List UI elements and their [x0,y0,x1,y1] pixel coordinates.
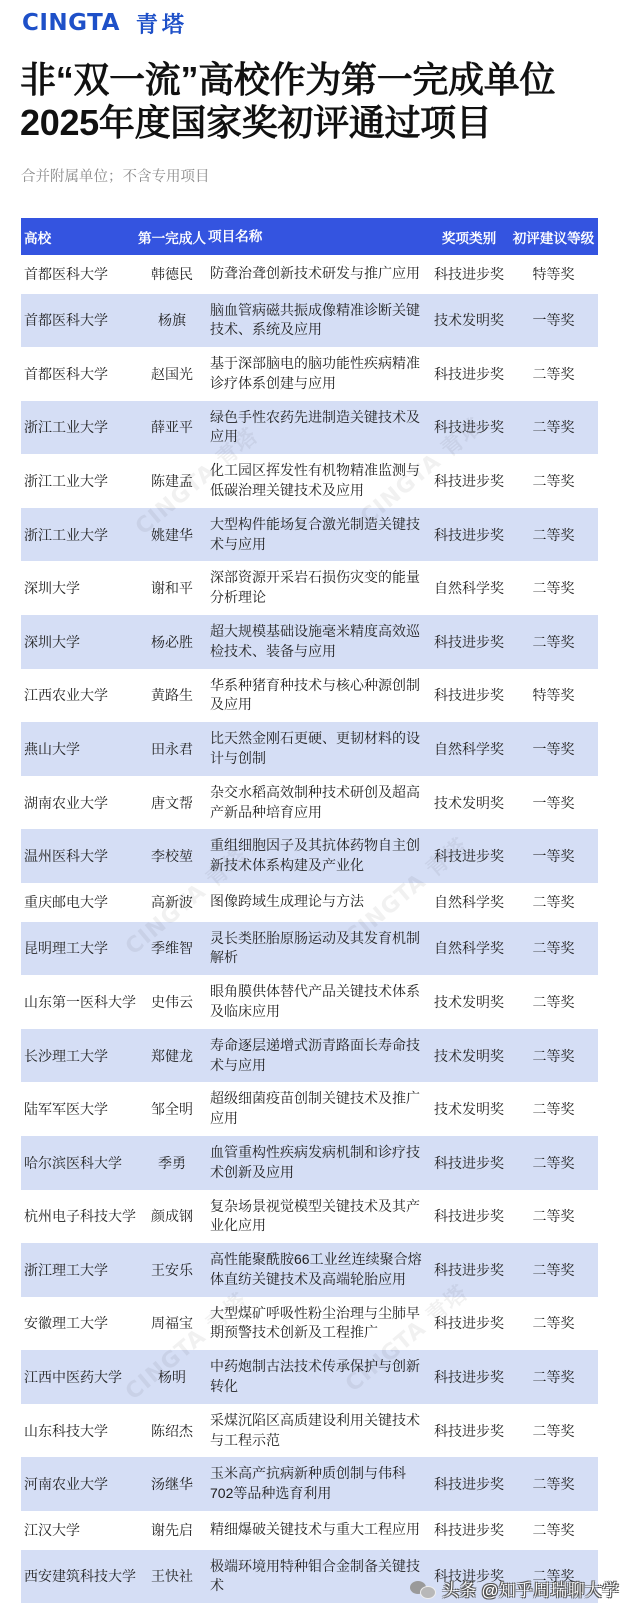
cell-award-type: 自然科学奖 [429,938,509,958]
cell-project: 超大规模基础设施毫米精度高效巡检技术、装备与应用 [207,615,429,669]
cell-level: 一等奖 [509,739,598,759]
cell-level: 二等奖 [509,1313,598,1333]
cell-leader: 陈建孟 [137,471,207,491]
cell-leader: 季勇 [137,1153,207,1173]
cell-level: 二等奖 [509,938,598,958]
cell-school: 安徽理工大学 [21,1313,137,1333]
cell-school: 首都医科大学 [21,364,137,384]
cell-level: 二等奖 [509,578,598,598]
cell-level: 一等奖 [509,310,598,330]
page-title: 非“双一流”高校作为第一完成单位 2025年度国家奖初评通过项目 [20,58,620,144]
cell-project: 复杂场景视觉模型关键技术及其产业化应用 [207,1190,429,1244]
cell-school: 浙江工业大学 [21,471,137,491]
cell-project: 图像跨域生成理论与方法 [207,885,429,919]
brand-cjk: 青塔 [136,8,188,39]
cell-project: 大型构件能场复合激光制造关键技术与应用 [207,508,429,562]
cell-project: 化工园区挥发性有机物精准监测与低碳治理关键技术及应用 [207,454,429,508]
table-row: 江汉大学 谢先启 精细爆破关键技术与重大工程应用 科技进步奖 二等奖 [21,1511,598,1550]
table-row: 河南农业大学 汤继华 玉米高产抗病新种质创制与伟科702等品种选育利用 科技进步… [21,1457,598,1511]
table-row: 浙江理工大学 王安乐 高性能聚酰胺66工业丝连续聚合熔体直纺关键技术及高端轮胎应… [21,1243,598,1297]
cell-leader: 谢和平 [137,578,207,598]
cell-school: 湖南农业大学 [21,793,137,813]
cell-project: 血管重构性疾病发病机制和诊疗技术创新及应用 [207,1136,429,1190]
cell-project: 重组细胞因子及其抗体药物自主创新技术体系构建及产业化 [207,829,429,883]
cell-level: 一等奖 [509,793,598,813]
table-row: 重庆邮电大学 高新波 图像跨域生成理论与方法 自然科学奖 二等奖 [21,883,598,922]
cell-award-type: 科技进步奖 [429,685,509,705]
cell-school: 山东科技大学 [21,1421,137,1441]
cell-level: 二等奖 [509,992,598,1012]
cell-award-type: 科技进步奖 [429,525,509,545]
cell-leader: 陈绍杰 [137,1421,207,1441]
cell-level: 二等奖 [509,525,598,545]
cell-leader: 姚建华 [137,525,207,545]
cell-level: 二等奖 [509,1367,598,1387]
cell-award-type: 科技进步奖 [429,1260,509,1280]
cell-level: 二等奖 [509,1206,598,1226]
title-line-1: 非“双一流”高校作为第一完成单位 [20,58,620,101]
cell-project: 防聋治聋创新技术研发与推广应用 [207,257,429,291]
table-row: 杭州电子科技大学 颜成钢 复杂场景视觉模型关键技术及其产业化应用 科技进步奖 二… [21,1190,598,1244]
cell-award-type: 科技进步奖 [429,846,509,866]
cell-school: 陆军军医大学 [21,1099,137,1119]
table-row: 首都医科大学 韩德民 防聋治聋创新技术研发与推广应用 科技进步奖 特等奖 [21,255,598,294]
cell-award-type: 技术发明奖 [429,310,509,330]
table-row: 山东科技大学 陈绍杰 采煤沉陷区高质建设利用关键技术与工程示范 科技进步奖 二等… [21,1404,598,1458]
cell-leader: 汤继华 [137,1474,207,1494]
cell-level: 二等奖 [509,364,598,384]
source-watermark: 头条 @知乎周瑞聊大学 [410,1576,619,1601]
cell-school: 哈尔滨医科大学 [21,1153,137,1173]
cell-award-type: 技术发明奖 [429,1099,509,1119]
cell-leader: 王快社 [137,1566,207,1586]
cell-level: 二等奖 [509,417,598,437]
cell-project: 绿色手性农药先进制造关键技术及应用 [207,401,429,455]
cell-level: 二等奖 [509,471,598,491]
table-row: 陆军军医大学 邹全明 超级细菌疫苗创制关键技术及推广应用 技术发明奖 二等奖 [21,1082,598,1136]
cell-leader: 杨明 [137,1367,207,1387]
cell-level: 二等奖 [509,1153,598,1173]
table-row: 首都医科大学 赵国光 基于深部脑电的脑功能性疾病精准诊疗体系创建与应用 科技进步… [21,347,598,401]
cell-leader: 颜成钢 [137,1206,207,1226]
cell-award-type: 科技进步奖 [429,471,509,491]
cell-leader: 黄路生 [137,685,207,705]
table-row: 江西农业大学 黄路生 华系种猪育种技术与核心种源创制及应用 科技进步奖 特等奖 [21,669,598,723]
header-award-type: 奖项类别 [429,227,509,247]
cell-leader: 王安乐 [137,1260,207,1280]
cell-project: 采煤沉陷区高质建设利用关键技术与工程示范 [207,1404,429,1458]
cell-school: 重庆邮电大学 [21,892,137,912]
brand-logo: CINGTA 青塔 [22,8,188,38]
awards-table: 高校 第一完成人 项目名称 奖项类别 初评建议等级 首都医科大学 韩德民 防聋治… [21,218,598,1603]
cell-school: 深圳大学 [21,578,137,598]
cell-project: 超级细菌疫苗创制关键技术及推广应用 [207,1082,429,1136]
cell-project: 华系种猪育种技术与核心种源创制及应用 [207,669,429,723]
cell-project: 眼角膜供体替代产品关键技术体系及临床应用 [207,975,429,1029]
cell-project: 基于深部脑电的脑功能性疾病精准诊疗体系创建与应用 [207,347,429,401]
cell-project: 高性能聚酰胺66工业丝连续聚合熔体直纺关键技术及高端轮胎应用 [207,1243,429,1297]
cell-award-type: 技术发明奖 [429,1046,509,1066]
cell-school: 江西中医药大学 [21,1367,137,1387]
cell-school: 浙江工业大学 [21,417,137,437]
cell-leader: 薛亚平 [137,417,207,437]
cell-award-type: 科技进步奖 [429,1153,509,1173]
cell-project: 精细爆破关键技术与重大工程应用 [207,1513,429,1547]
table-row: 首都医科大学 杨旗 脑血管病磁共振成像精准诊断关键技术、系统及应用 技术发明奖 … [21,294,598,348]
subtitle-note: 合并附属单位；不含专用项目 [21,166,210,188]
cell-leader: 唐文帮 [137,793,207,813]
cell-award-type: 科技进步奖 [429,364,509,384]
cell-award-type: 科技进步奖 [429,1421,509,1441]
cell-award-type: 科技进步奖 [429,632,509,652]
header-level: 初评建议等级 [509,227,598,247]
cell-leader: 郑健龙 [137,1046,207,1066]
table-row: 江西中医药大学 杨明 中药炮制古法技术传承保护与创新转化 科技进步奖 二等奖 [21,1350,598,1404]
cell-school: 杭州电子科技大学 [21,1206,137,1226]
cell-level: 特等奖 [509,264,598,284]
cell-leader: 杨旗 [137,310,207,330]
table-row: 燕山大学 田永君 比天然金刚石更硬、更韧材料的设计与创制 自然科学奖 一等奖 [21,722,598,776]
cell-leader: 赵国光 [137,364,207,384]
cell-school: 西安建筑科技大学 [21,1566,137,1586]
wechat-chat-icon [410,1579,436,1599]
table-row: 哈尔滨医科大学 季勇 血管重构性疾病发病机制和诊疗技术创新及应用 科技进步奖 二… [21,1136,598,1190]
cell-school: 长沙理工大学 [21,1046,137,1066]
cell-project: 玉米高产抗病新种质创制与伟科702等品种选育利用 [207,1457,429,1511]
cell-project: 大型煤矿呼吸性粉尘治理与尘肺早期预警技术创新及工程推广 [207,1297,429,1351]
cell-project: 脑血管病磁共振成像精准诊断关键技术、系统及应用 [207,294,429,348]
cell-leader: 高新波 [137,892,207,912]
cell-award-type: 科技进步奖 [429,1313,509,1333]
cell-project: 寿命逐层递增式沥青路面长寿命技术与应用 [207,1029,429,1083]
cell-leader: 周福宝 [137,1313,207,1333]
cell-award-type: 自然科学奖 [429,578,509,598]
cell-school: 燕山大学 [21,739,137,759]
cell-school: 首都医科大学 [21,264,137,284]
header-project: 项目名称 [207,227,429,247]
table-row: 安徽理工大学 周福宝 大型煤矿呼吸性粉尘治理与尘肺早期预警技术创新及工程推广 科… [21,1297,598,1351]
cell-project: 极端环境用特种钼合金制备关键技术 [207,1550,429,1604]
cell-award-type: 科技进步奖 [429,1474,509,1494]
cell-leader: 史伟云 [137,992,207,1012]
cell-award-type: 科技进步奖 [429,1520,509,1540]
table-row: 湖南农业大学 唐文帮 杂交水稻高效制种技术研创及超高产新品种培育应用 技术发明奖… [21,776,598,830]
table-row: 浙江工业大学 陈建孟 化工园区挥发性有机物精准监测与低碳治理关键技术及应用 科技… [21,454,598,508]
table-row: 深圳大学 杨必胜 超大规模基础设施毫米精度高效巡检技术、装备与应用 科技进步奖 … [21,615,598,669]
cell-school: 深圳大学 [21,632,137,652]
cell-school: 昆明理工大学 [21,938,137,958]
cell-award-type: 自然科学奖 [429,739,509,759]
cell-level: 二等奖 [509,1099,598,1119]
table-row: 浙江工业大学 姚建华 大型构件能场复合激光制造关键技术与应用 科技进步奖 二等奖 [21,508,598,562]
brand-latin: CINGTA [22,10,120,36]
cell-leader: 韩德民 [137,264,207,284]
cell-school: 浙江工业大学 [21,525,137,545]
cell-project: 杂交水稻高效制种技术研创及超高产新品种培育应用 [207,776,429,830]
cell-school: 首都医科大学 [21,310,137,330]
cell-leader: 杨必胜 [137,632,207,652]
cell-project: 中药炮制古法技术传承保护与创新转化 [207,1350,429,1404]
cell-project: 深部资源开采岩石损伤灾变的能量分析理论 [207,561,429,615]
cell-level: 特等奖 [509,685,598,705]
cell-award-type: 科技进步奖 [429,417,509,437]
table-row: 浙江工业大学 薛亚平 绿色手性农药先进制造关键技术及应用 科技进步奖 二等奖 [21,401,598,455]
cell-school: 河南农业大学 [21,1474,137,1494]
cell-leader: 田永君 [137,739,207,759]
cell-leader: 季维智 [137,938,207,958]
cell-level: 二等奖 [509,632,598,652]
header-leader: 第一完成人 [137,227,207,247]
cell-school: 浙江理工大学 [21,1260,137,1280]
cell-school: 温州医科大学 [21,846,137,866]
table-row: 温州医科大学 李校堃 重组细胞因子及其抗体药物自主创新技术体系构建及产业化 科技… [21,829,598,883]
cell-level: 二等奖 [509,1046,598,1066]
cell-school: 山东第一医科大学 [21,992,137,1012]
source-watermark-text: 头条 @知乎周瑞聊大学 [442,1576,619,1601]
cell-award-type: 科技进步奖 [429,1206,509,1226]
cell-level: 二等奖 [509,1260,598,1280]
cell-level: 二等奖 [509,1474,598,1494]
cell-award-type: 技术发明奖 [429,992,509,1012]
cell-award-type: 科技进步奖 [429,264,509,284]
table-row: 昆明理工大学 季维智 灵长类胚胎原肠运动及其发育机制解析 自然科学奖 二等奖 [21,922,598,976]
cell-leader: 邹全明 [137,1099,207,1119]
cell-level: 二等奖 [509,892,598,912]
table-row: 深圳大学 谢和平 深部资源开采岩石损伤灾变的能量分析理论 自然科学奖 二等奖 [21,561,598,615]
cell-award-type: 科技进步奖 [429,1367,509,1387]
cell-award-type: 自然科学奖 [429,892,509,912]
cell-school: 江西农业大学 [21,685,137,705]
cell-level: 二等奖 [509,1520,598,1540]
table-header: 高校 第一完成人 项目名称 奖项类别 初评建议等级 [21,218,598,255]
cell-leader: 谢先启 [137,1520,207,1540]
cell-leader: 李校堃 [137,846,207,866]
cell-level: 一等奖 [509,846,598,866]
cell-school: 江汉大学 [21,1520,137,1540]
table-row: 山东第一医科大学 史伟云 眼角膜供体替代产品关键技术体系及临床应用 技术发明奖 … [21,975,598,1029]
table-body: 首都医科大学 韩德民 防聋治聋创新技术研发与推广应用 科技进步奖 特等奖 首都医… [21,255,598,1603]
header-school: 高校 [21,227,137,247]
table-row: 长沙理工大学 郑健龙 寿命逐层递增式沥青路面长寿命技术与应用 技术发明奖 二等奖 [21,1029,598,1083]
title-line-2: 2025年度国家奖初评通过项目 [20,101,620,144]
cell-project: 比天然金刚石更硬、更韧材料的设计与创制 [207,722,429,776]
cell-level: 二等奖 [509,1421,598,1441]
cell-award-type: 技术发明奖 [429,793,509,813]
cell-project: 灵长类胚胎原肠运动及其发育机制解析 [207,922,429,976]
